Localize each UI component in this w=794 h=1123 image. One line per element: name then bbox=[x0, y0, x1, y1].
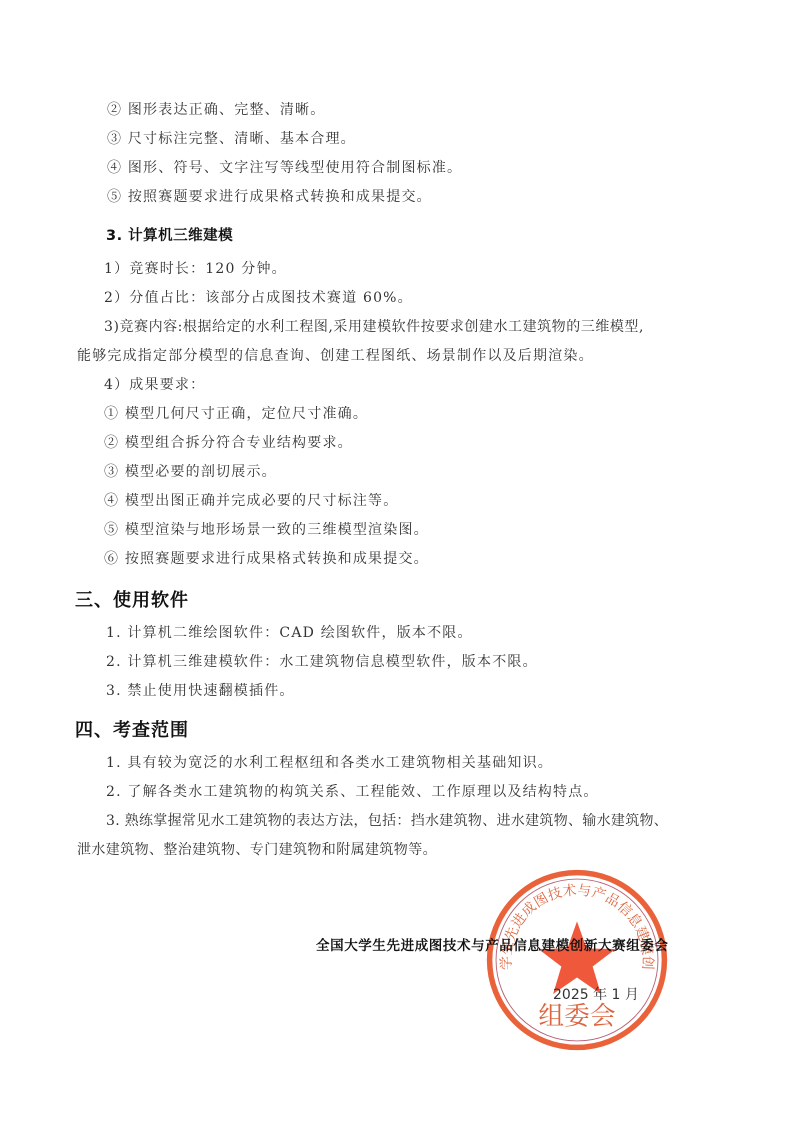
part2-requirement-2: ② 图形表达正确、完整、清晰。 bbox=[107, 101, 325, 119]
part2-requirement-3: ③ 尺寸标注完整、清晰、基本合理。 bbox=[107, 130, 356, 148]
section4-item-3: 3. 熟练掌握常见水工建筑物的表达方法，包括：挡水建筑物、进水建筑物、输水建筑物… bbox=[106, 812, 668, 830]
part3-requirement-5: ⑤ 模型渲染与地形场景一致的三维模型渲染图。 bbox=[104, 521, 429, 539]
part3-score-ratio: 2）分值占比：该部分占成图技术赛道 60%。 bbox=[104, 289, 413, 307]
part2-requirement-5: ⑤ 按照赛题要求进行成果格式转换和成果提交。 bbox=[107, 188, 432, 206]
section4-item-1: 1. 具有较为宽泛的水利工程枢纽和各类水工建筑物相关基础知识。 bbox=[106, 754, 553, 772]
section3-title: 三、使用软件 bbox=[75, 586, 189, 612]
part3-requirement-4: ④ 模型出图正确并完成必要的尺寸标注等。 bbox=[104, 492, 398, 510]
part3-content-line2: 能够完成指定部分模型的信息查询、创建工程图纸、场景制作以及后期渲染。 bbox=[77, 347, 594, 365]
section3-item-3: 3. 禁止使用快速翻模插件。 bbox=[106, 682, 295, 700]
seal-bottom-text: 组委会 bbox=[538, 1001, 615, 1031]
part3-requirement-2: ② 模型组合拆分符合专业结构要求。 bbox=[104, 434, 353, 452]
part3-content-line1: 3)竞赛内容:根据给定的水利工程图,采用建模软件按要求创建水工建筑物的三维模型, bbox=[104, 318, 644, 336]
part3-title: 3. 计算机三维建模 bbox=[106, 224, 233, 245]
section4-item-2: 2. 了解各类水工建筑物的构筑关系、工程能效、工作原理以及结构特点。 bbox=[106, 783, 599, 801]
organization-signature: 全国大学生先进成图技术与产品信息建模创新大赛组委会 bbox=[316, 934, 669, 954]
official-seal: 全国大学生先进成图技术与产品信息建模创新大赛 组委会 bbox=[485, 868, 669, 1052]
part2-requirement-4: ④ 图形、符号、文字注写等线型使用符合制图标准。 bbox=[107, 159, 462, 177]
part3-requirement-1: ① 模型几何尺寸正确，定位尺寸准确。 bbox=[104, 405, 368, 423]
section3-item-2: 2. 计算机三维建模软件：水工建筑物信息模型软件，版本不限。 bbox=[106, 653, 538, 671]
section3-item-1: 1. 计算机二维绘图软件：CAD 绘图软件，版本不限。 bbox=[106, 624, 473, 642]
part3-duration: 1）竞赛时长：120 分钟。 bbox=[104, 260, 287, 278]
signature-date: 2025 年 1 月 bbox=[553, 984, 639, 1004]
section4-title: 四、考查范围 bbox=[75, 716, 189, 742]
part3-requirement-3: ③ 模型必要的剖切展示。 bbox=[104, 463, 277, 481]
part3-requirements-label: 4）成果要求： bbox=[104, 376, 205, 394]
section4-item-3-continuation: 泄水建筑物、整治建筑物、专门建筑物和附属建筑物等。 bbox=[77, 841, 437, 859]
part3-requirement-6: ⑥ 按照赛题要求进行成果格式转换和成果提交。 bbox=[104, 550, 429, 568]
